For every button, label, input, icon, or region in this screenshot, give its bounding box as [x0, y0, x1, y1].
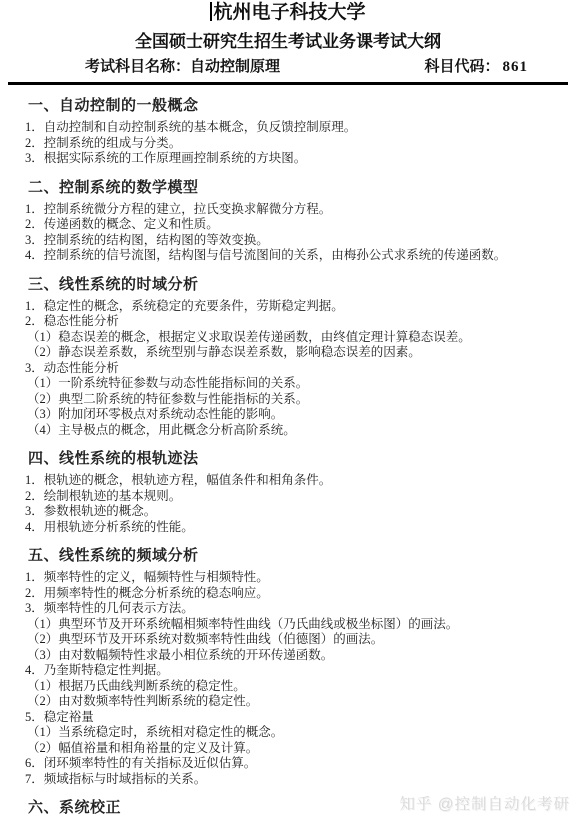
syllabus-item: 1．自动控制和自动控制系统的基本概念，负反馈控制原理。 [25, 120, 564, 136]
syllabus-item: 4．控制系统的信号流图，结构图与信号流图间的关系，由梅孙公式求系统的传递函数。 [25, 248, 564, 264]
section-title: 一、自动控制的一般概念 [28, 96, 564, 115]
watermark: 知乎 @控制自动化考研 [399, 792, 570, 814]
syllabus-item: 2．绘制根轨迹的基本规则。 [25, 489, 564, 505]
syllabus-sections: 一、自动控制的一般概念1．自动控制和自动控制系统的基本概念，负反馈控制原理。2．… [8, 96, 568, 817]
university-title: 杭州电子科技大学 [8, 2, 568, 24]
syllabus-item: 3．频率特性的几何表示方法。 [25, 601, 564, 617]
syllabus-item: 4．乃奎斯特稳定性判据。 [25, 663, 564, 679]
university-title-text: 杭州电子科技大学 [213, 2, 365, 23]
syllabus-item: 2．用频率特性的概念分析系统的稳态响应。 [25, 586, 564, 602]
syllabus-item: 1．控制系统微分方程的建立，拉氏变换求解微分方程。 [25, 202, 564, 218]
syllabus-item: 3．动态性能分析 [25, 361, 564, 377]
subject-name: 自动控制原理 [190, 59, 280, 75]
syllabus-item: （1）当系统稳定时，系统相对稳定性的概念。 [27, 725, 564, 741]
section-title: 五、线性系统的频域分析 [28, 546, 564, 565]
syllabus-item: 7．频域指标与时域指标的关系。 [25, 772, 564, 788]
section-title: 二、控制系统的数学模型 [28, 178, 564, 197]
syllabus-item: （1）根据乃氏曲线判断系统的稳定性。 [27, 679, 564, 695]
syllabus-item: 5．稳定裕量 [25, 710, 564, 726]
code-label: 科目代码： [424, 59, 499, 75]
syllabus-item: （1）一阶系统特征参数与动态性能指标间的关系。 [27, 376, 564, 392]
syllabus-document: 杭州电子科技大学 全国硕士研究生招生考试业务课考试大纲 考试科目名称：自动控制原… [0, 0, 576, 817]
syllabus-section: 四、线性系统的根轨迹法1．根轨迹的概念，根轨迹方程，幅值条件和相角条件。2．绘制… [25, 449, 564, 535]
syllabus-item: （2）由对数频率特性判断系统的稳定性。 [27, 694, 564, 710]
syllabus-section: 一、自动控制的一般概念1．自动控制和自动控制系统的基本概念，负反馈控制原理。2．… [25, 96, 564, 167]
section-title: 三、线性系统的时域分析 [28, 275, 564, 294]
code-line: 科目代码：861 [424, 57, 528, 78]
syllabus-item: 1．根轨迹的概念，根轨迹方程，幅值条件和相角条件。 [25, 473, 564, 489]
syllabus-item: 3．根据实际系统的工作原理画控制系统的方块图。 [25, 151, 564, 167]
syllabus-item: 1．稳定性的概念，系统稳定的充要条件，劳斯稳定判据。 [25, 299, 564, 315]
exam-title: 全国硕士研究生招生考试业务课考试大纲 [8, 31, 568, 52]
syllabus-item: 1．频率特性的定义，幅频特性与相频特性。 [25, 570, 564, 586]
syllabus-item: 4．用根轨迹分析系统的性能。 [25, 520, 564, 536]
syllabus-item: 2．传递函数的概念、定义和性质。 [25, 217, 564, 233]
syllabus-section: 二、控制系统的数学模型1．控制系统微分方程的建立，拉氏变换求解微分方程。2．传递… [25, 178, 564, 264]
section-title: 四、线性系统的根轨迹法 [28, 449, 564, 468]
syllabus-item: 3．参数根轨迹的概念。 [25, 504, 564, 520]
syllabus-item: （2）静态误差系数，系统型别与静态误差系数，影响稳态误差的因素。 [27, 345, 564, 361]
syllabus-item: （3）附加闭环零极点对系统动态性能的影响。 [27, 407, 564, 423]
syllabus-section: 五、线性系统的频域分析1．频率特性的定义，幅频特性与相频特性。2．用频率特性的概… [25, 546, 564, 787]
syllabus-item: 6．闭环频率特性的有关指标及近似估算。 [25, 756, 564, 772]
code-value: 861 [500, 59, 529, 75]
syllabus-section: 三、线性系统的时域分析1．稳定性的概念，系统稳定的充要条件，劳斯稳定判据。2．稳… [25, 275, 564, 439]
syllabus-item: （1）典型环节及开环系统幅相频率特性曲线（乃氏曲线或极坐标图）的画法。 [27, 617, 564, 633]
subject-label: 考试科目名称： [85, 59, 190, 75]
subject-code-row: 考试科目名称：自动控制原理 科目代码：861 [8, 57, 568, 85]
syllabus-item: （1）稳态误差的概念，根据定义求取误差传递函数，由终值定理计算稳态误差。 [27, 330, 564, 346]
syllabus-item: （3）由对数幅频特性求最小相位系统的开环传递函数。 [27, 648, 564, 664]
syllabus-item: 2．控制系统的组成与分类。 [25, 136, 564, 152]
syllabus-item: （2）典型二阶系统的特征参数与性能指标的关系。 [27, 392, 564, 408]
syllabus-item: 2．稳态性能分析 [25, 314, 564, 330]
syllabus-item: （2）典型环节及开环系统对数频率特性曲线（伯德图）的画法。 [27, 632, 564, 648]
syllabus-item: （2）幅值裕量和相角裕量的定义及计算。 [27, 741, 564, 757]
syllabus-item: 3．控制系统的结构图，结构图的等效变换。 [25, 233, 564, 249]
syllabus-item: （4）主导极点的概念，用此概念分析高阶系统。 [27, 423, 564, 439]
subject-line: 考试科目名称：自动控制原理 [85, 57, 280, 78]
